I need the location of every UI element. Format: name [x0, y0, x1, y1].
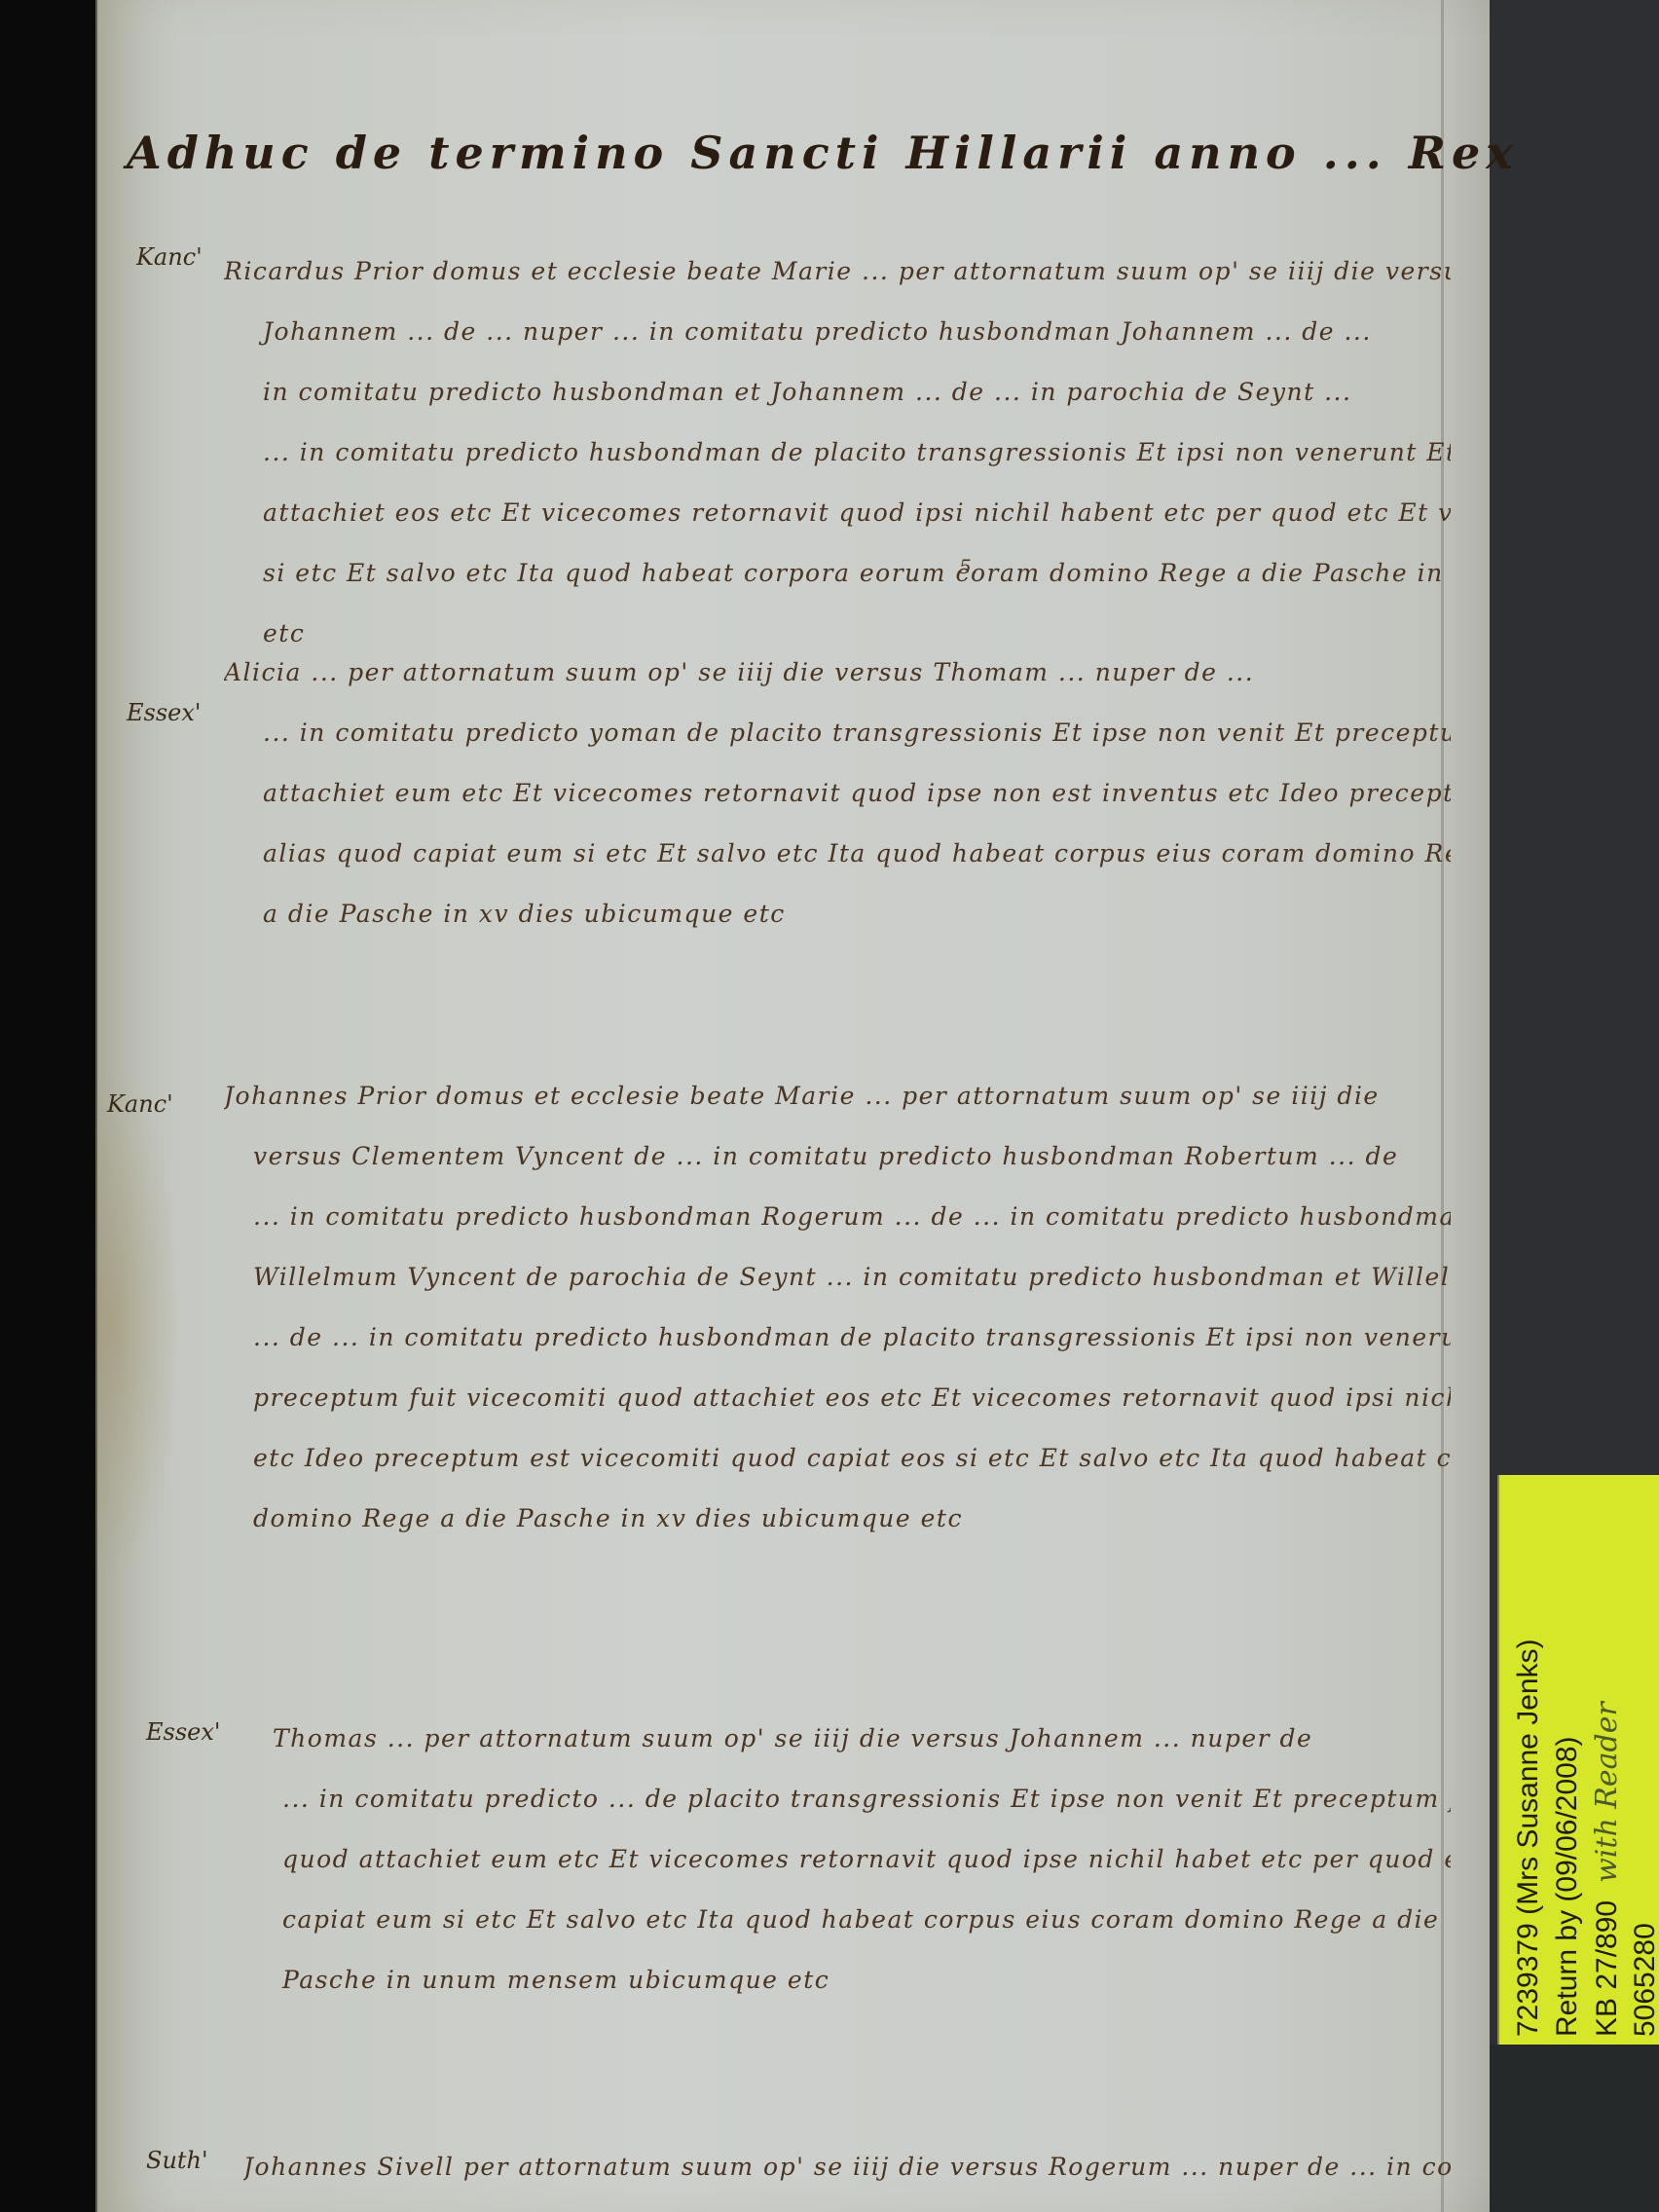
plea-entry: Johannes Sivell per attornatum suum op' …	[243, 2137, 1451, 2197]
entry-line: domino Rege a die Pasche in xv dies ubic…	[224, 1489, 1451, 1549]
entry-line: Pasche in unum mensem ubicumque etc	[273, 1950, 1451, 2010]
margin-county-note: Essex'	[146, 1718, 221, 1746]
entry-line: ... in comitatu predicto yoman de placit…	[224, 703, 1451, 763]
entry-line: Alicia ... per attornatum suum op' se ii…	[224, 643, 1451, 703]
entry-line: ... in comitatu predicto ... de placito …	[273, 1769, 1451, 1829]
plea-entry: Johannes Prior domus et ecclesie beate M…	[224, 1066, 1451, 1549]
entry-line: versus Clementem Vyncent de ... in comit…	[224, 1126, 1451, 1187]
entry-line: Willelmum Vyncent de parochia de Seynt .…	[224, 1247, 1451, 1308]
entry-line: si etc Et salvo etc Ita quod habeat corp…	[224, 543, 1451, 604]
roll-heading: Adhuc de termino Sancti Hillarii anno ..…	[127, 127, 1392, 214]
entry-line: Johannes Prior domus et ecclesie beate M…	[224, 1066, 1451, 1126]
background-left	[0, 0, 97, 2212]
page-mark: 5.	[959, 555, 977, 578]
entry-line: ... in comitatu predicto husbondman de p…	[224, 423, 1451, 483]
margin-county-note: Essex'	[127, 699, 202, 726]
entry-line: Ricardus Prior domus et ecclesie beate M…	[224, 241, 1451, 302]
plea-entry: Thomas ... per attornatum suum op' se ii…	[273, 1709, 1451, 2010]
background-right-bottom	[1475, 2045, 1659, 2212]
margin-county-note: Suth'	[146, 2147, 208, 2174]
margin-county-note: Kanc'	[136, 243, 203, 271]
slip-reference: KB 27/890	[1591, 1900, 1623, 2037]
slip-document-reference: KB 27/890with Reader	[1590, 1702, 1624, 2037]
entry-line: Thomas ... per attornatum suum op' se ii…	[273, 1709, 1451, 1769]
water-stain	[95, 1071, 183, 1577]
entry-line: a die Pasche in xv dies ubicumque etc	[224, 884, 1451, 944]
entry-line: ... de ... in comitatu predicto husbondm…	[224, 1308, 1451, 1368]
entry-line: ... in comitatu predicto husbondman Roge…	[224, 1187, 1451, 1247]
entry-line: Johannes Sivell per attornatum suum op' …	[243, 2137, 1451, 2197]
slip-return-date: Return by (09/06/2008)	[1551, 1736, 1584, 2037]
plea-entry: Alicia ... per attornatum suum op' se ii…	[224, 643, 1451, 944]
margin-county-note: Kanc'	[107, 1090, 173, 1118]
slip-reader-ticket: 7239379 (Mrs Susanne Jenks)	[1512, 1639, 1545, 2037]
entry-line: alias quod capiat eum si etc Et salvo et…	[224, 824, 1451, 884]
request-slip-text: 5065280 KB 27/890with Reader Return by (…	[1504, 1492, 1659, 2037]
entry-line: etc Ideo preceptum est vicecomiti quod c…	[224, 1428, 1451, 1489]
entry-line: preceptum fuit vicecomiti quod attachiet…	[224, 1368, 1451, 1428]
entry-line: quod attachiet eum etc Et vicecomes reto…	[273, 1829, 1451, 1890]
plea-entry: Ricardus Prior domus et ecclesie beate M…	[224, 241, 1451, 664]
slip-handwritten-note: with Reader	[1590, 1702, 1624, 1883]
entry-line: in comitatu predicto husbondman et Johan…	[224, 362, 1451, 423]
entry-line: attachiet eum etc Et vicecomes retornavi…	[224, 763, 1451, 824]
entry-line: Johannem ... de ... nuper ... in comitat…	[224, 302, 1451, 362]
slip-request-number: 5065280	[1629, 1923, 1659, 2037]
entry-line: capiat eum si etc Et salvo etc Ita quod …	[273, 1890, 1451, 1950]
entry-line: attachiet eos etc Et vicecomes retornavi…	[224, 483, 1451, 543]
